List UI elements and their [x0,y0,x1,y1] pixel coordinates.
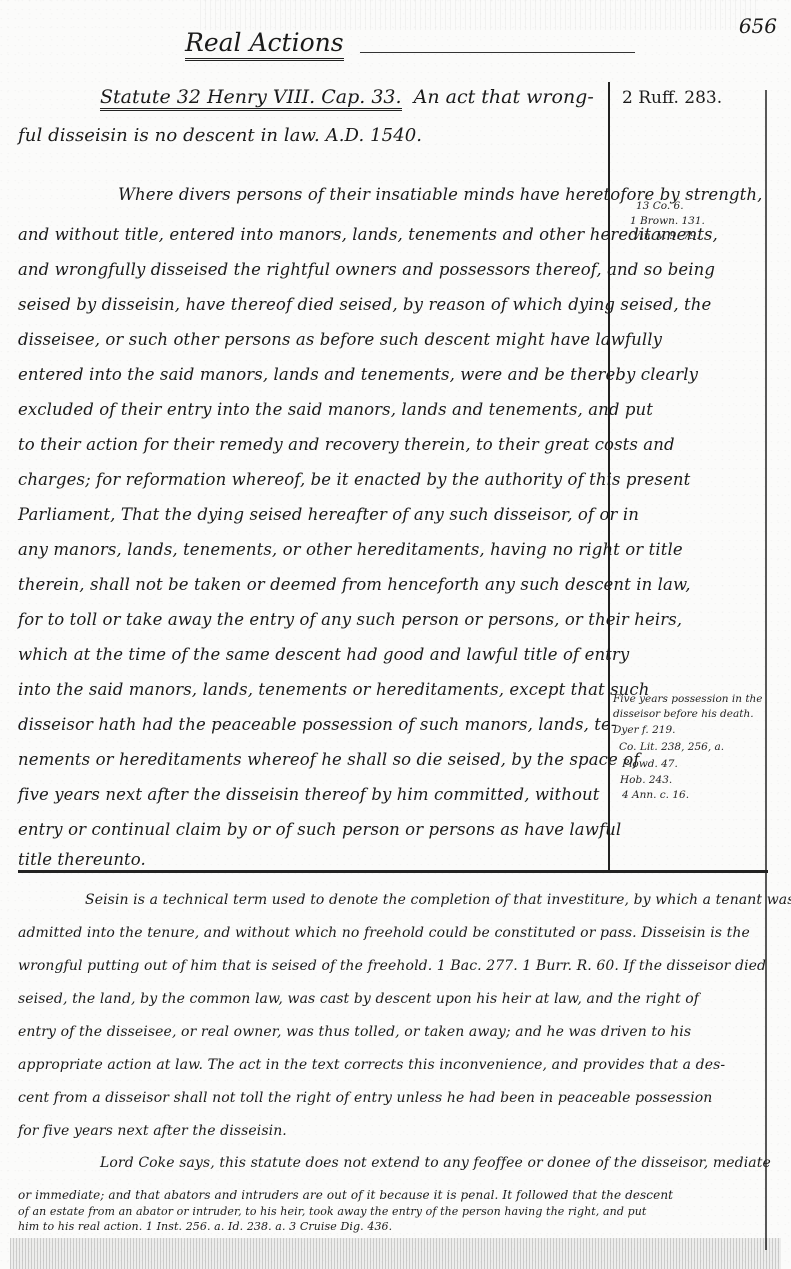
commentary-line: him to his real action. 1 Inst. 256. a. … [18,1220,392,1233]
scan-noise-top [200,0,760,30]
commentary-line: wrongful putting out of him that is seis… [18,958,766,974]
margin-citation: 1 Brown. 131. [630,215,705,227]
text-line: for to toll or take away the entry of an… [18,610,682,629]
statute-heading-line: Statute 32 Henry VIII. Cap. 33. An act t… [100,86,594,108]
margin-citation: Vin. V. 9. 79. [633,230,700,242]
text-line: Parliament, That the dying seised hereaf… [18,505,639,524]
commentary-line: or immediate; and that abators and intru… [18,1188,673,1202]
commentary-line: entry of the disseisee, or real owner, w… [18,1024,691,1040]
text-line: disseisee, or such other persons as befo… [18,330,662,349]
margin-citation: 4 Ann. c. 16. [622,789,689,801]
commentary-line: Seisin is a technical term used to denot… [85,892,791,908]
margin-note-heading: Five years possession in the [613,693,763,705]
statute-subtitle: ful disseisin is no descent in law. A.D.… [18,125,422,146]
margin-note-heading: disseisor before his death. [613,708,754,720]
text-line: to their action for their remedy and rec… [18,435,675,454]
commentary-line: of an estate from an abator or intruder,… [18,1205,646,1218]
text-line: seised by disseisin, have thereof died s… [18,295,711,314]
commentary-line: appropriate action at law. The act in th… [18,1057,725,1073]
text-line: nements or hereditaments whereof he shal… [18,750,639,769]
margin-citation: 13 Co. 6. [636,200,684,212]
page-title: Real Actions [185,28,344,61]
commentary-line: Lord Coke says, this statute does not ex… [100,1155,771,1171]
statute-heading: Statute 32 Henry VIII. Cap. 33. [100,86,402,111]
text-line: entered into the said manors, lands and … [18,365,698,384]
text-line: title thereunto. [18,850,146,869]
text-line: entry or continual claim by or of such p… [18,820,621,839]
margin-citation: Plowd. 47. [622,758,678,770]
margin-citation: Hob. 243. [620,774,672,786]
text-line: five years next after the disseisin ther… [18,785,599,804]
commentary-line: seised, the land, by the common law, was… [18,991,699,1007]
page-edge-line [765,90,767,1250]
text-line: any manors, lands, tenements, or other h… [18,540,683,559]
text-line: charges; for reformation whereof, be it … [18,470,690,489]
statute-heading-rest: An act that wrong- [414,86,594,108]
margin-citation: Co. Lit. 238, 256, a. [619,741,724,753]
text-line: which at the time of the same descent ha… [18,645,629,664]
page-number: 656 [739,14,777,38]
text-line: therein, shall not be taken or deemed fr… [18,575,691,594]
text-line: and wrongfully disseised the rightful ow… [18,260,715,279]
commentary-line: for five years next after the disseisin. [18,1123,287,1139]
text-line: and without title, entered into manors, … [18,225,718,244]
statute-citation: 2 Ruff. 283. [622,88,722,108]
text-line: into the said manors, lands, tenements o… [18,680,649,699]
document-page: 656 Real Actions Statute 32 Henry VIII. … [0,0,791,1269]
scan-noise-bottom [10,1238,781,1269]
text-line: excluded of their entry into the said ma… [18,400,653,419]
commentary-line: cent from a disseisor shall not toll the… [18,1090,712,1106]
text-line: disseisor hath had the peaceable possess… [18,715,617,734]
section-divider [18,870,768,873]
commentary-line: admitted into the tenure, and without wh… [18,925,750,941]
title-rule [360,52,635,53]
margin-citation: Dyer f. 219. [613,724,676,736]
